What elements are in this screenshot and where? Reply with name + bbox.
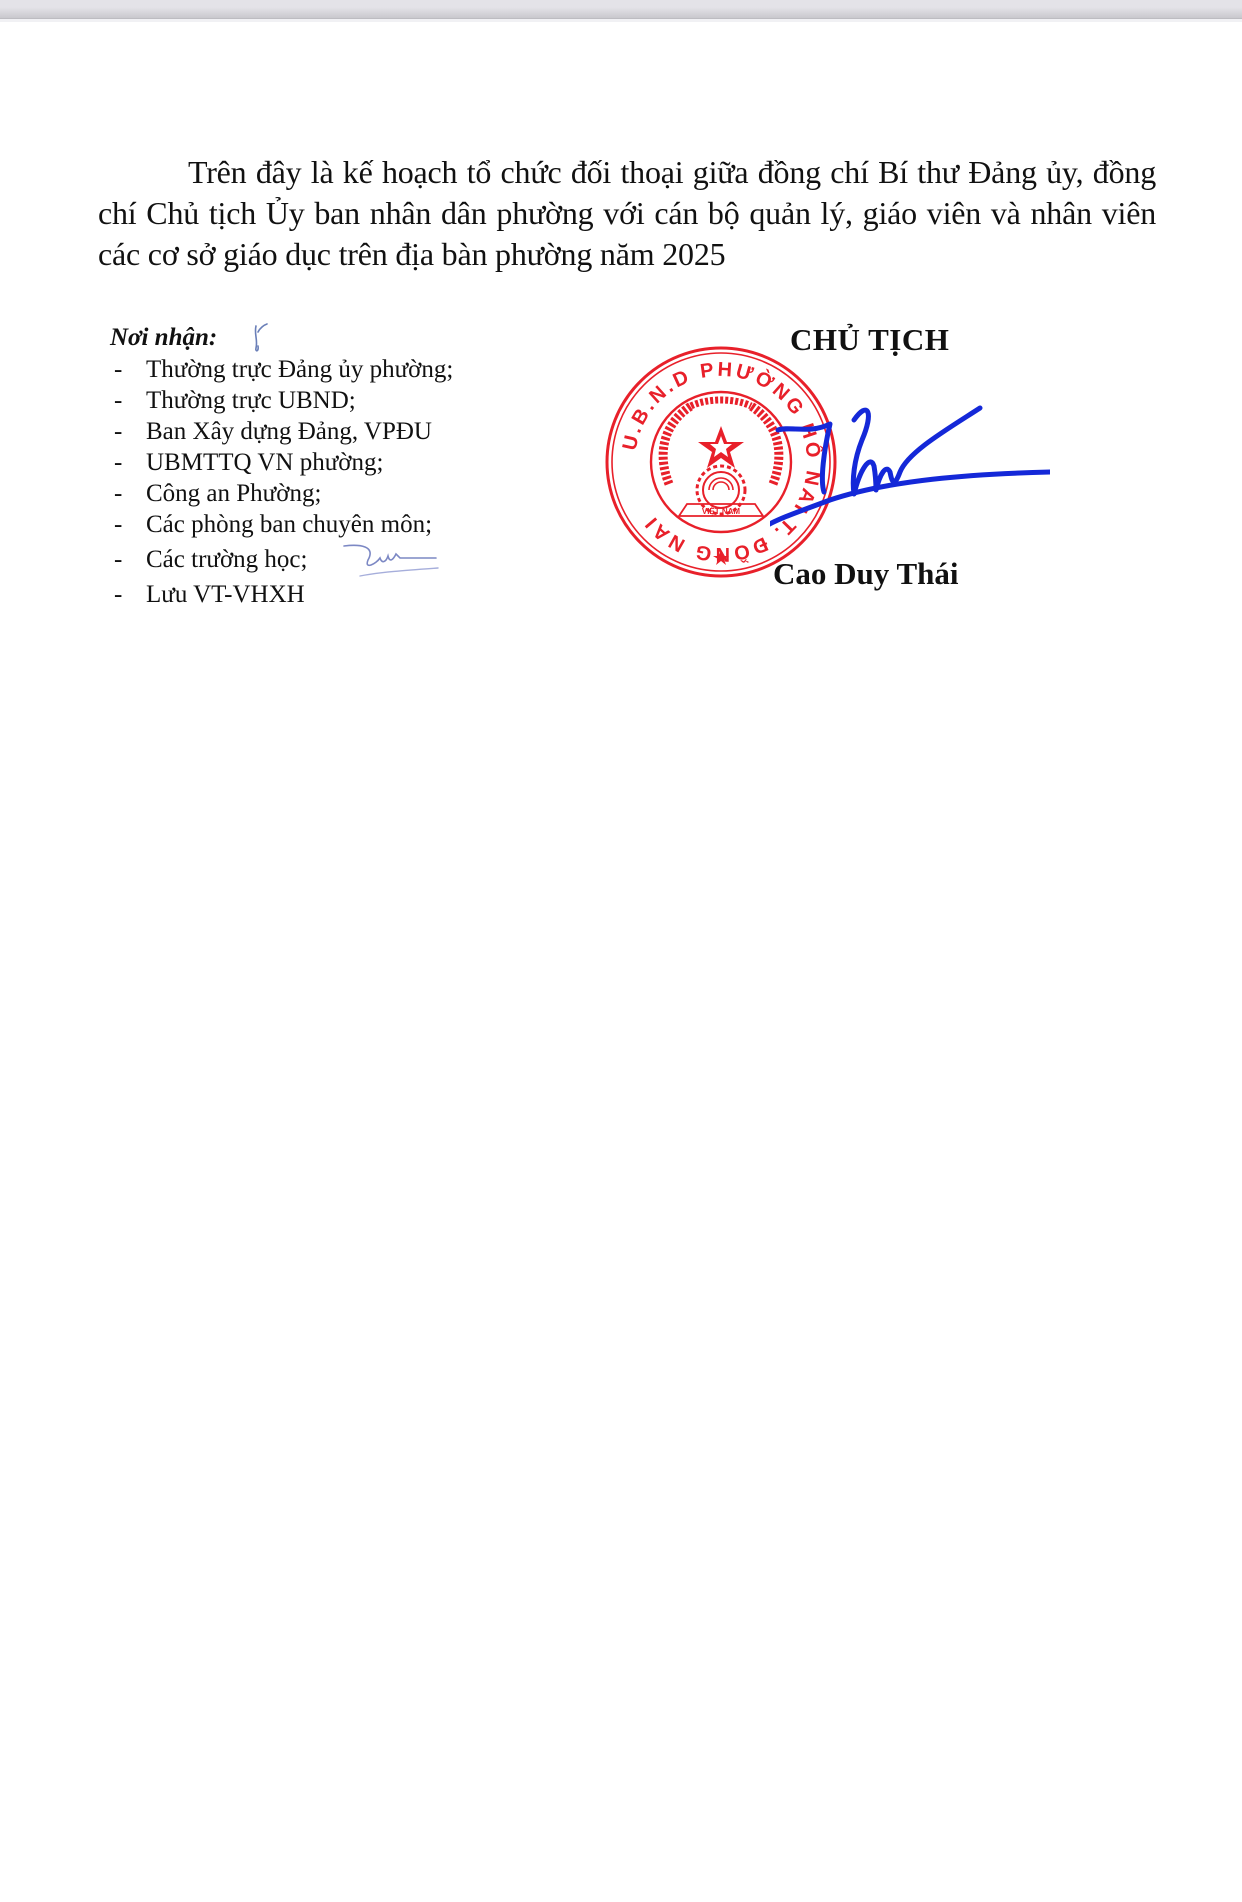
list-item: -Thường trực UBND; — [110, 385, 510, 416]
list-item: -Ban Xây dựng Đảng, VPĐU — [110, 416, 510, 447]
recipients-title: Nơi nhận: — [110, 322, 217, 354]
list-item: -Các trường học; — [110, 544, 510, 575]
list-bullet: - — [114, 354, 122, 385]
list-bullet: - — [114, 544, 122, 575]
list-bullet: - — [114, 478, 122, 509]
handwritten-initial-icon — [340, 540, 440, 585]
recipient-label: Ban Xây dựng Đảng, VPĐU — [146, 418, 432, 445]
list-bullet: - — [114, 579, 122, 610]
list-item: -Công an Phường; — [110, 478, 510, 509]
recipient-label: Thường trực Đảng ủy phường; — [146, 356, 453, 383]
list-item: -Lưu VT-VHXH — [110, 579, 510, 610]
closing-paragraph: Trên đây là kế hoạch tổ chức đối thoại g… — [98, 152, 1156, 275]
list-item: -UBMTTQ VN phường; — [110, 447, 510, 478]
list-item: -Các phòng ban chuyên môn; — [110, 509, 510, 540]
recipient-label: Lưu VT-VHXH — [146, 581, 305, 608]
recipient-label: Các phòng ban chuyên môn; — [146, 511, 432, 538]
recipient-label: Các trường học; — [146, 546, 307, 573]
list-bullet: - — [114, 416, 122, 447]
recipient-label: Thường trực UBND; — [146, 387, 356, 414]
list-bullet: - — [114, 509, 122, 540]
recipient-label: UBMTTQ VN phường; — [146, 449, 383, 476]
handwritten-initial-icon — [250, 322, 272, 356]
recipient-label: Công an Phường; — [146, 480, 321, 507]
list-bullet: - — [114, 385, 122, 416]
handwritten-signature-icon — [770, 400, 1050, 540]
recipients-block: Nơi nhận: -Thường trực Đảng ủy phường; -… — [110, 322, 510, 610]
viewer-top-bar — [0, 0, 1242, 19]
viewer-top-bar-shadow — [0, 19, 1242, 22]
svg-text:VIỆT NAM: VIỆT NAM — [702, 507, 741, 516]
list-item: -Thường trực Đảng ủy phường; — [110, 354, 510, 385]
signer-name: Cao Duy Thái — [773, 556, 959, 592]
list-bullet: - — [114, 447, 122, 478]
recipients-list: -Thường trực Đảng ủy phường; -Thường trự… — [110, 354, 510, 610]
